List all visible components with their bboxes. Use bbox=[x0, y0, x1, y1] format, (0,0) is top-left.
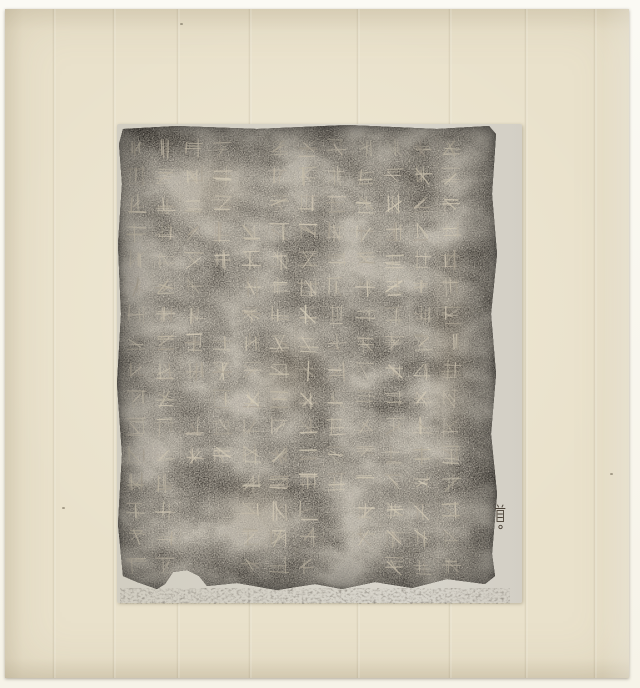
rubbing bbox=[117, 124, 497, 591]
scanned-rubbing-sheet bbox=[0, 0, 640, 688]
paper-fold-line bbox=[593, 9, 597, 678]
collector-annotation bbox=[494, 504, 507, 532]
paper-speck bbox=[180, 23, 183, 25]
annotation-glyph bbox=[496, 505, 506, 529]
paper-fold-line bbox=[112, 9, 116, 678]
paper-speck bbox=[62, 507, 65, 509]
paper-fold-line bbox=[52, 9, 56, 678]
rubbing-vignette bbox=[117, 124, 497, 591]
paper-speck bbox=[610, 473, 613, 475]
rubbing-edge-smudge bbox=[120, 588, 510, 604]
paper-fold-line bbox=[524, 9, 528, 678]
